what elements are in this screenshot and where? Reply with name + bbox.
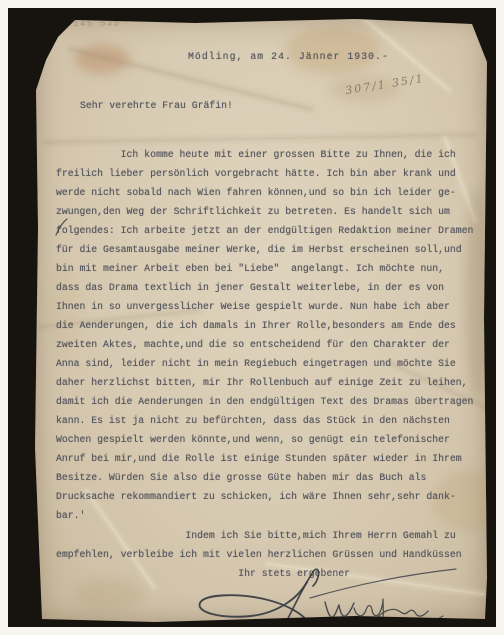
letter-paper: A.W. 145 535 307/1 35/1 Mödling, am 24. … (35, 18, 487, 622)
handwritten-correction-mark (54, 218, 70, 238)
typed-line: Besitze. Würden Sie also die grosse Güte… (56, 468, 473, 487)
typed-line: die Aenderungen, die ich damals in Ihrer… (56, 316, 473, 335)
paper-stain (75, 44, 130, 74)
typed-line: damit ich die Aenderungen in den endgült… (56, 392, 473, 411)
typed-line: Ihnen in so unvergesslicher Weise gespie… (56, 297, 473, 316)
paper-stain (285, 26, 380, 74)
crease-line (45, 134, 475, 143)
typed-line: Anruf bei mir,und die Rolle ist einige S… (56, 449, 473, 468)
typed-line: Ich komme heute mit einer grossen Bitte … (56, 145, 473, 164)
typed-line: für die Gesamtausgabe meiner Werke, die … (56, 240, 473, 259)
typed-line: freilich lieber persönlich vorgebracht h… (56, 164, 473, 183)
scanned-letter-page: { "colors":{ "paper":"#d8cbb3", "scan_be… (0, 0, 504, 635)
typed-line: Wochen gespielt werden könnte,und wenn, … (56, 430, 473, 449)
typed-line: bin mit meiner Arbeit eben bei "Liebe" a… (56, 259, 473, 278)
date-line: Mödling, am 24. Jänner 1930.- (188, 51, 389, 62)
typed-line: Anna sind, leider nicht in mein Regiebuc… (56, 354, 473, 373)
typed-line: daher herzlichst bitten, mir Ihr Rollenb… (56, 373, 473, 392)
typed-line: empfehlen, verbleibe ich mit vielen herz… (56, 545, 462, 564)
typed-line: bar.' (56, 506, 473, 525)
typed-line: zweiten Aktes, machte,und die so entsche… (56, 335, 473, 354)
typed-line: folgendes: Ich arbeite jetzt an der endg… (56, 221, 473, 240)
typed-line: werde nicht sobald nach Wien fahren könn… (56, 183, 473, 202)
letter-body: Ich komme heute mit einer grossen Bitte … (56, 145, 473, 525)
typed-line: kann. Es ist ja nicht zu befürchten, das… (56, 411, 473, 430)
typed-line: dass das Drama textlich in jener Gestalt… (56, 278, 473, 297)
typed-line: zwungen,den Weg der Schriftlichkeit zu b… (56, 202, 473, 221)
typed-line: Drucksache rekommandiert zu schicken, ic… (56, 487, 473, 506)
typed-line: Indem ich Sie bitte,mich Ihrem Herrn Gem… (56, 526, 462, 545)
salutation: Sehr verehrte Frau Gräfin! (80, 100, 233, 111)
